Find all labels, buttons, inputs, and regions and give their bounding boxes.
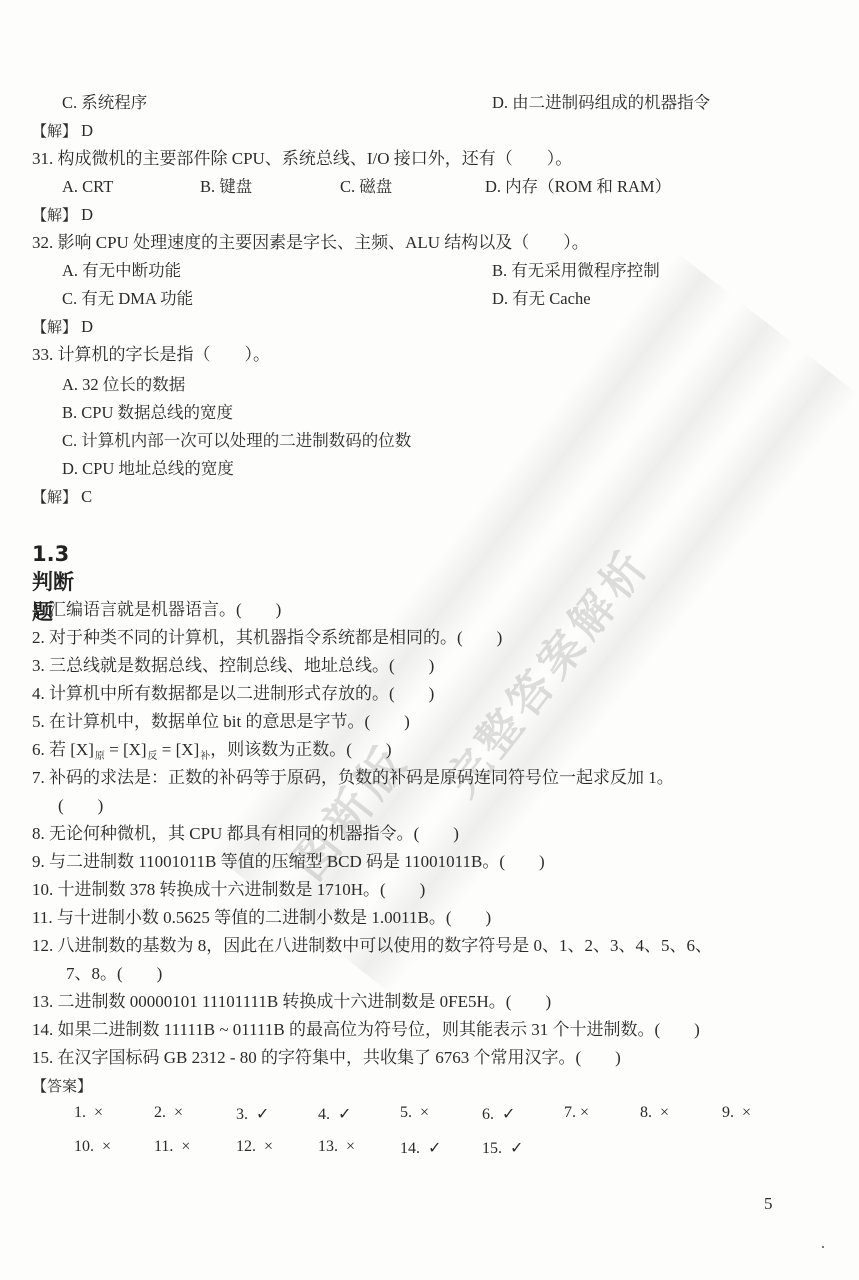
tf-question: 4. 计算机中所有数据都是以二进制形式存放的。( ) [32,683,434,705]
tf-question: 13. 二进制数 00000101 11101111B 转换成十六进制数是 0F… [32,991,551,1013]
q33-solution: 【解】 C [32,486,92,508]
answer-item: 14. ✓ [400,1138,441,1158]
text-fragment: 八进制数的基数为 8，因此在八进制数中可以使用的数字符号是 0、1、2、3、4、… [58,936,713,955]
text-fragment: × [660,1104,669,1121]
tf-question: 7. 补码的求法是：正数的补码等于原码，负数的补码是原码连同符号位一起求反加 1… [32,767,674,789]
text-fragment: 32 位长的数据 [82,375,185,394]
text-fragment: 有无中断功能 [82,261,181,280]
text-fragment: 9. [32,852,45,871]
text-fragment: 33. [32,345,53,364]
q32-stem: 32. 影响 CPU 处理速度的主要因素是字长、主频、ALU 结构以及（ ）。 [32,232,589,254]
text-fragment: 计算机中所有数据都是以二进制形式存放的。( ) [49,684,434,703]
tf-question: 6. 若 [X]原 = [X]反 = [X]补，则该数为正数。( ) [32,739,392,768]
text-fragment: 32. [32,233,53,252]
text-fragment: × [580,1104,589,1121]
text-fragment: 8. [32,824,45,843]
tf-question-continuation: 7、8。( ) [66,963,162,985]
tf-question: 5. 在计算机中，数据单位 bit 的意思是字节。( ) [32,711,410,733]
text-fragment: 【答案】 [32,1077,92,1095]
text-fragment: 二进制数 00000101 11101111B 转换成十六进制数是 0FE5H。… [58,992,552,1011]
tf-question: 2. 对于种类不同的计算机，其机器指令系统都是相同的。( ) [32,627,502,649]
text-fragment: D. [492,289,508,308]
text-fragment: 由二进制码组成的机器指令 [512,93,710,112]
text-fragment: 3. [32,656,45,675]
answer-item: 1. × [74,1104,103,1122]
text-fragment: C [81,487,92,506]
text-fragment: 5. [400,1104,412,1121]
answer-item: 7. × [564,1104,589,1122]
text-fragment: 8. [640,1104,652,1121]
q32-option-c: C. 有无 DMA 功能 [62,288,193,310]
text-fragment: 有无采用微程序控制 [511,261,660,280]
subscript: 原 [95,751,105,762]
tf-question: 14. 如果二进制数 11111B ~ 01111B 的最高位为符号位，则其能表… [32,1019,700,1041]
text-fragment: 十进制数 378 转换成十六进制数是 1710H。( ) [58,880,426,899]
text-fragment: 9. [722,1104,734,1121]
subscript: 反 [148,751,158,762]
subscript: 补 [200,751,210,762]
text-fragment: ✓ [428,1140,441,1157]
text-fragment: CPU 数据总线的宽度 [81,403,233,422]
text-fragment: 6. [32,740,45,759]
answer-item: 12. × [236,1138,273,1156]
text-fragment: ✓ [338,1106,351,1123]
text-fragment: 11. [32,908,53,927]
text-fragment: D. [62,459,78,478]
text-fragment: ✓ [510,1140,523,1157]
text-fragment: 1. [74,1104,86,1121]
text-fragment: C. [62,431,77,450]
answer-item: 4. ✓ [318,1104,351,1124]
text-fragment: 1.3 [32,542,69,566]
text-fragment: B. [200,177,215,196]
text-fragment: × [742,1104,751,1121]
text-fragment: 磁盘 [359,177,392,196]
q30-solution: 【解】 D [32,120,93,142]
text-fragment: 7. [564,1104,576,1121]
text-fragment: 4. [32,684,45,703]
text-fragment: C. [340,177,355,196]
answer-item: 8. × [640,1104,669,1122]
text-fragment: 无论何种微机，其 CPU 都具有相同的机器指令。( ) [49,824,459,843]
q33-option-c: C. 计算机内部一次可以处理的二进制数码的位数 [62,430,411,452]
text-fragment: 键盘 [219,177,252,196]
q31-option-b: B. 键盘 [200,176,252,198]
tf-question: 12. 八进制数的基数为 8，因此在八进制数中可以使用的数字符号是 0、1、2、… [32,935,712,957]
text-fragment: 计算机的字长是指（ ）。 [58,345,271,364]
text-fragment: 对于种类不同的计算机，其机器指令系统都是相同的。( ) [49,628,502,647]
text-fragment: 12. [236,1138,256,1155]
text-fragment: 15. [32,1048,53,1067]
tf-question: 9. 与二进制数 11001011B 等值的压缩型 BCD 码是 1100101… [32,851,545,873]
text-fragment: 6. [482,1106,494,1123]
text-fragment: 14. [400,1140,420,1157]
answer-item: 5. × [400,1104,429,1122]
text-fragment: 影响 CPU 处理速度的主要因素是字长、主频、ALU 结构以及（ ）。 [58,233,589,252]
answer-item: 3. ✓ [236,1104,269,1124]
answer-item: 9. × [722,1104,751,1122]
text-fragment: B. [62,403,77,422]
text-fragment: × [102,1138,111,1155]
text-fragment: 【解】 [32,318,77,336]
q30-option-c: C. 系统程序 [62,92,147,114]
text-fragment: 11. [154,1138,173,1155]
tf-question: 1. 汇编语言就是机器语言。( ) [32,599,281,621]
document-page: 图新版 完整答案解析 C. 系统程序 D. 由二进制码组成的机器指令 【解】 D… [0,0,859,1280]
q32-option-a: A. 有无中断功能 [62,260,181,282]
q31-option-d: D. 内存（ROM 和 RAM） [485,176,671,198]
text-fragment: 7、8。( ) [66,964,162,983]
answer-item: 10. × [74,1138,111,1156]
text-fragment: 【解】 [32,488,77,506]
tf-question-continuation: ( ) [58,795,103,817]
text-fragment: 有无 DMA 功能 [81,289,193,308]
text-fragment: 三总线就是数据总线、控制总线、地址总线。( ) [49,656,434,675]
text-fragment: 计算机内部一次可以处理的二进制数码的位数 [81,431,411,450]
text-fragment: D [81,317,93,336]
text-fragment: 1. [32,600,45,619]
text-fragment: C. [62,93,77,112]
q33-option-b: B. CPU 数据总线的宽度 [62,402,233,424]
text-fragment: 构成微机的主要部件除 CPU、系统总线、I/O 接口外，还有（ ）。 [58,149,573,168]
text-fragment: = [X] [158,740,200,759]
text-fragment: 内存（ROM 和 RAM） [505,177,671,196]
text-fragment: × [94,1104,103,1121]
q32-option-b: B. 有无采用微程序控制 [492,260,660,282]
tf-question: 10. 十进制数 378 转换成十六进制数是 1710H。( ) [32,879,425,901]
text-fragment: = [X] [105,740,147,759]
answer-item: 13. × [318,1138,355,1156]
text-fragment: 有无 Cache [512,289,590,308]
text-fragment: × [346,1138,355,1155]
text-fragment: 12. [32,936,53,955]
text-fragment: 7. [32,768,45,787]
watermark-band [272,302,795,944]
q32-option-d: D. 有无 Cache [492,288,591,310]
text-fragment: 汇编语言就是机器语言。( ) [49,600,281,619]
answer-key-label: 【答案】 [32,1075,92,1097]
answer-item: 2. × [154,1104,183,1122]
text-fragment: × [181,1138,190,1155]
q30-option-d: D. 由二进制码组成的机器指令 [492,92,710,114]
page-number: 5 [764,1194,773,1214]
text-fragment: 与十进制小数 0.5625 等值的二进制小数是 1.0011B。( ) [57,908,491,927]
watermark-band [209,253,732,895]
scan-speck [822,1246,824,1248]
text-fragment: 5. [32,712,45,731]
text-fragment: 3. [236,1106,248,1123]
text-fragment: 15. [482,1140,502,1157]
text-fragment: 在计算机中，数据单位 bit 的意思是字节。( ) [49,712,410,731]
text-fragment: 若 [X] [49,740,94,759]
tf-question: 8. 无论何种微机，其 CPU 都具有相同的机器指令。( ) [32,823,459,845]
text-fragment: ，则该数为正数。( ) [210,740,391,759]
text-fragment: A. [62,177,78,196]
text-fragment: 4. [318,1106,330,1123]
text-fragment: D [81,205,93,224]
text-fragment: A. [62,261,78,280]
q33-option-d: D. CPU 地址总线的宽度 [62,458,234,480]
text-fragment: CRT [82,177,113,196]
text-fragment: A. [62,375,78,394]
text-fragment: 在汉字国标码 GB 2312 - 80 的字符集中，共收集了 6763 个常用汉… [58,1048,621,1067]
text-fragment: 31. [32,149,53,168]
q31-option-a: A. CRT [62,176,113,198]
text-fragment: 补码的求法是：正数的补码等于原码，负数的补码是原码连同符号位一起求反加 1。 [49,768,674,787]
text-fragment: × [420,1104,429,1121]
answer-item: 15. ✓ [482,1138,523,1158]
text-fragment: D. [485,177,501,196]
text-fragment: 2. [154,1104,166,1121]
text-fragment: 系统程序 [81,93,147,112]
q33-option-a: A. 32 位长的数据 [62,374,185,396]
text-fragment: 13. [32,992,53,1011]
text-fragment: C. [62,289,77,308]
q31-stem: 31. 构成微机的主要部件除 CPU、系统总线、I/O 接口外，还有（ ）。 [32,148,572,170]
text-fragment: 与二进制数 11001011B 等值的压缩型 BCD 码是 11001011B。… [49,852,545,871]
text-fragment: 14. [32,1020,53,1039]
q31-option-c: C. 磁盘 [340,176,392,198]
q33-stem: 33. 计算机的字长是指（ ）。 [32,344,270,366]
text-fragment: D. [492,93,508,112]
text-fragment: D [81,121,93,140]
text-fragment: 2. [32,628,45,647]
answer-item: 6. ✓ [482,1104,515,1124]
tf-question: 15. 在汉字国标码 GB 2312 - 80 的字符集中，共收集了 6763 … [32,1047,621,1069]
answer-item: 11. × [154,1138,190,1156]
q32-solution: 【解】 D [32,316,93,338]
text-fragment: CPU 地址总线的宽度 [82,459,234,478]
text-fragment: × [174,1104,183,1121]
text-fragment: 【解】 [32,206,77,224]
text-fragment: 10. [32,880,53,899]
text-fragment: 【解】 [32,122,77,140]
text-fragment: ✓ [256,1106,269,1123]
text-fragment: 如果二进制数 11111B ~ 01111B 的最高位为符号位，则其能表示 31… [58,1020,700,1039]
text-fragment: 10. [74,1138,94,1155]
q31-solution: 【解】 D [32,204,93,226]
text-fragment: B. [492,261,507,280]
text-fragment: 13. [318,1138,338,1155]
text-fragment: ( ) [58,796,103,815]
text-fragment: ✓ [502,1106,515,1123]
text-fragment: × [264,1138,273,1155]
tf-question: 11. 与十进制小数 0.5625 等值的二进制小数是 1.0011B。( ) [32,907,491,929]
tf-question: 3. 三总线就是数据总线、控制总线、地址总线。( ) [32,655,434,677]
